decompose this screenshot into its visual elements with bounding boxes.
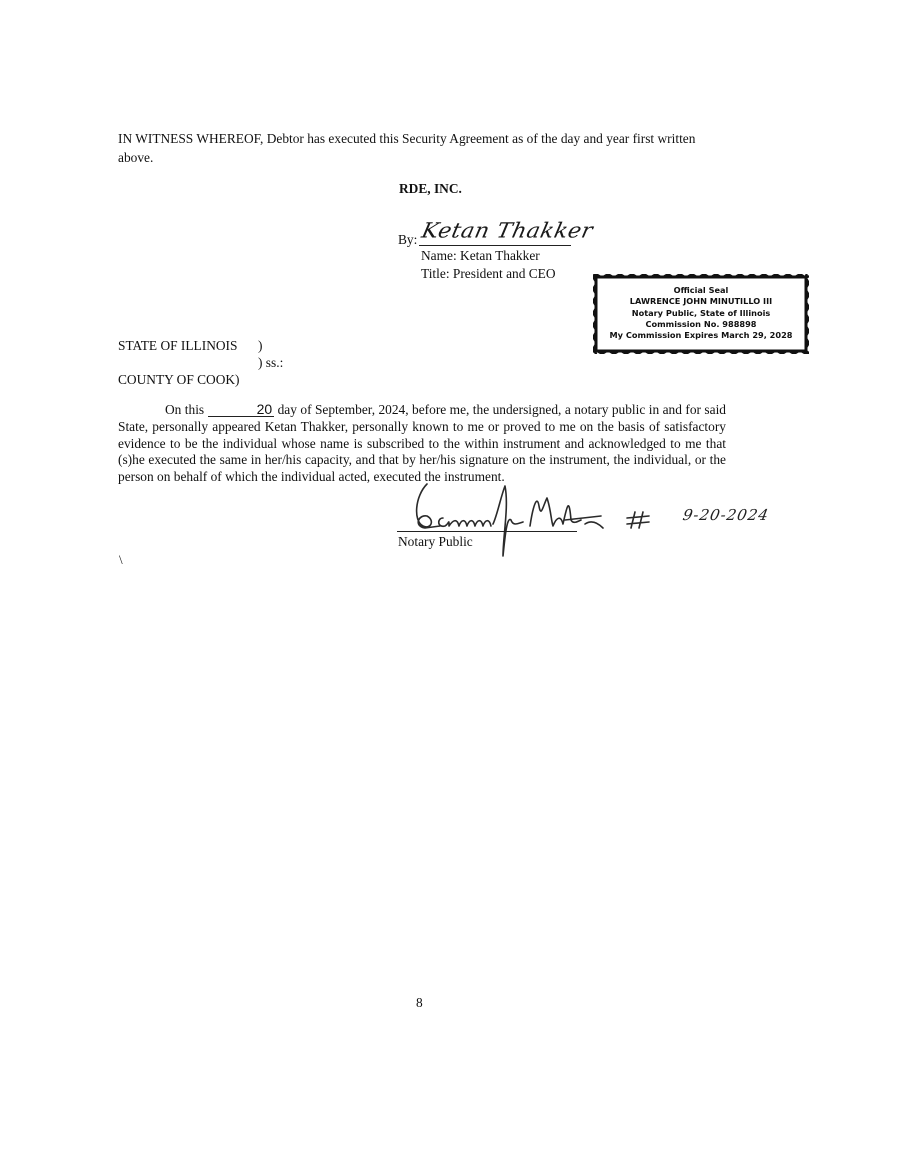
venue-ss: ) ss.: bbox=[258, 355, 283, 371]
notary-signature bbox=[405, 476, 685, 566]
ack-day-field: 20 bbox=[208, 402, 275, 417]
seal-expires: My Commission Expires March 29, 2028 bbox=[593, 330, 809, 341]
signer-name: Name: Ketan Thakker bbox=[421, 248, 540, 264]
venue-county: COUNTY OF COOK) bbox=[118, 372, 240, 388]
page-number: 8 bbox=[416, 995, 423, 1011]
notary-signature-line bbox=[397, 531, 577, 532]
witness-clause-line-2: above. bbox=[118, 150, 153, 166]
company-name: RDE, INC. bbox=[399, 181, 462, 197]
notary-seal: Official Seal LAWRENCE JOHN MINUTILLO II… bbox=[593, 274, 809, 354]
ack-prefix: On this bbox=[165, 402, 204, 417]
by-label: By: bbox=[398, 232, 417, 248]
seal-commission: Commission No. 988898 bbox=[593, 319, 809, 330]
signer-title: Title: President and CEO bbox=[421, 266, 556, 282]
stray-mark: \ bbox=[119, 552, 123, 568]
notary-public-label: Notary Public bbox=[398, 534, 473, 550]
venue-state-paren: ) bbox=[258, 338, 262, 354]
seal-role: Notary Public, State of Illinois bbox=[593, 308, 809, 319]
venue-state: STATE OF ILLINOIS bbox=[118, 338, 237, 354]
debtor-signature-line bbox=[419, 245, 571, 246]
witness-clause-line-1: IN WITNESS WHEREOF, Debtor has executed … bbox=[118, 131, 695, 147]
debtor-signature: Ketan Thakker bbox=[419, 220, 595, 244]
acknowledgment-paragraph: On this 20 day of September, 2024, befor… bbox=[118, 402, 726, 486]
notary-handwritten-date: 9-20-2024 bbox=[681, 506, 770, 524]
seal-heading: Official Seal bbox=[593, 285, 809, 296]
seal-notary-name: LAWRENCE JOHN MINUTILLO III bbox=[593, 296, 809, 307]
